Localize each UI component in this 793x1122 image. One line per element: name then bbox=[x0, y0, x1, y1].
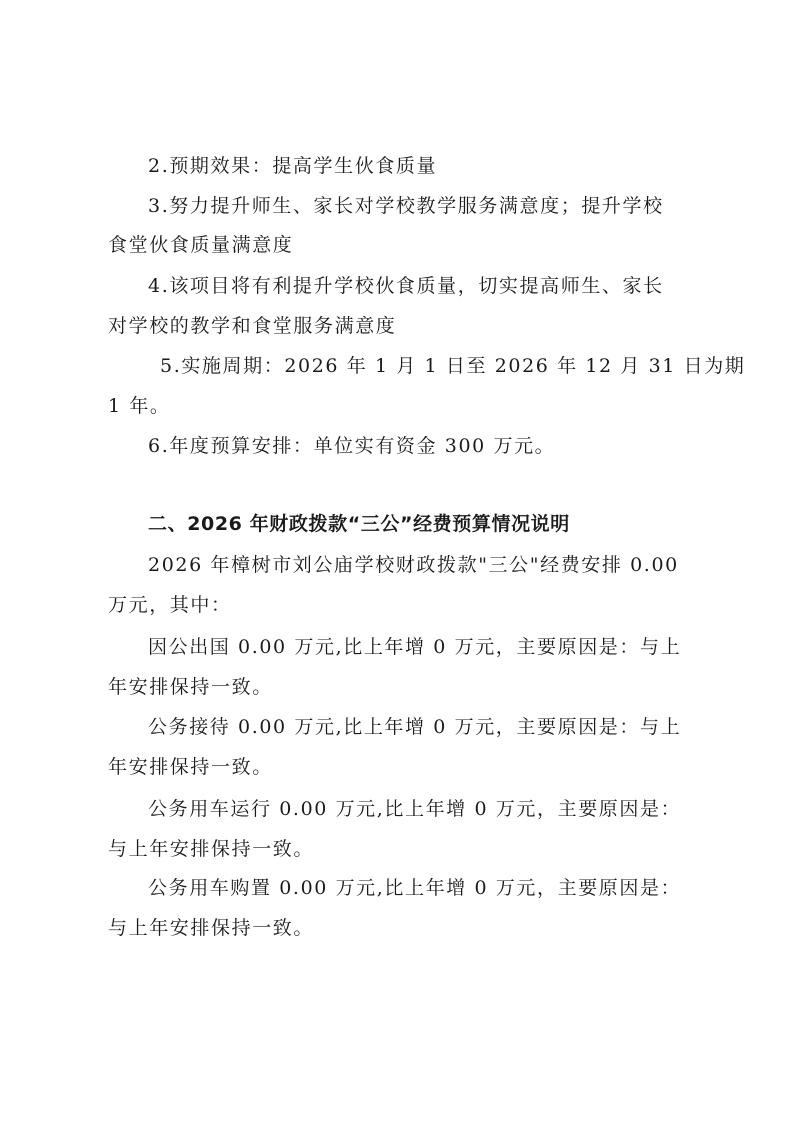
item-vehicle-operation-line2: 与上年安排保持一致。 bbox=[108, 837, 688, 861]
item-overseas-travel-line1: 因公出国 0.00 万元,比上年增 0 万元，主要原因是：与上 bbox=[148, 635, 728, 659]
document-page: 2.预期效果：提高学生伙食质量 3.努力提升师生、家长对学校教学服务满意度；提升… bbox=[0, 0, 793, 1122]
intro-line1: 2026 年樟树市刘公庙学校财政拨款"三公"经费安排 0.00 bbox=[148, 553, 728, 577]
item-satisfaction-line1: 3.努力提升师生、家长对学校教学服务满意度；提升学校 bbox=[148, 194, 728, 218]
item-project-benefit-line2: 对学校的教学和食堂服务满意度 bbox=[108, 314, 688, 338]
item-vehicle-purchase-line2: 与上年安排保持一致。 bbox=[108, 916, 688, 940]
item-reception-line1: 公务接待 0.00 万元,比上年增 0 万元，主要原因是：与上 bbox=[148, 715, 728, 739]
item-annual-budget: 6.年度预算安排：单位实有资金 300 万元。 bbox=[148, 434, 728, 458]
item-expected-effect: 2.预期效果：提高学生伙食质量 bbox=[148, 154, 728, 178]
item-implementation-period-line1: 5.实施周期：2026 年 1 月 1 日至 2026 年 12 月 31 日为… bbox=[160, 354, 740, 378]
item-overseas-travel-line2: 年安排保持一致。 bbox=[108, 675, 688, 699]
section-heading: 二、2026 年财政拨款“三公”经费预算情况说明 bbox=[148, 512, 570, 536]
item-vehicle-purchase-line1: 公务用车购置 0.00 万元,比上年增 0 万元，主要原因是： bbox=[148, 876, 728, 900]
item-satisfaction-line2: 食堂伙食质量满意度 bbox=[108, 233, 688, 257]
item-vehicle-operation-line1: 公务用车运行 0.00 万元,比上年增 0 万元，主要原因是： bbox=[148, 797, 728, 821]
item-reception-line2: 年安排保持一致。 bbox=[108, 755, 688, 779]
item-project-benefit-line1: 4.该项目将有利提升学校伙食质量，切实提高师生、家长 bbox=[148, 274, 728, 298]
intro-line2: 万元，其中： bbox=[108, 593, 688, 617]
item-implementation-period-line2: 1 年。 bbox=[108, 394, 688, 418]
